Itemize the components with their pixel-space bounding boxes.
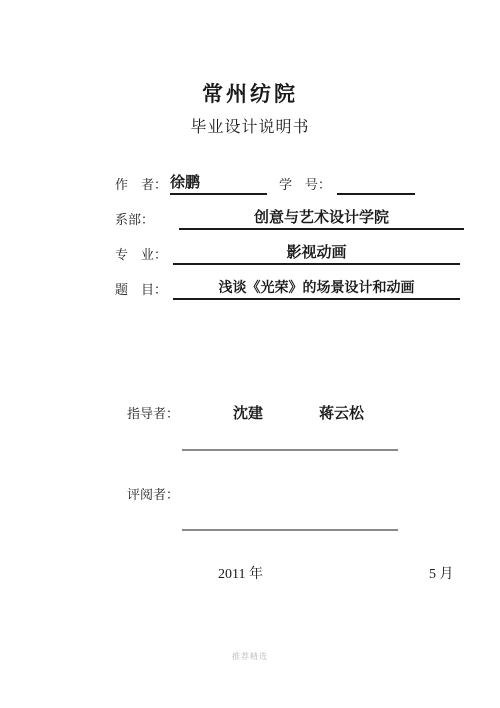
- reviewer-signature-line: [182, 529, 398, 531]
- department-label: 系部：: [115, 210, 154, 230]
- date-month: 5 月: [429, 563, 454, 583]
- document-title: 毕业设计说明书: [0, 114, 500, 137]
- topic-value-field: 浅谈《光荣》的场景设计和动画: [173, 279, 460, 300]
- school-title: 常州纺院: [0, 78, 500, 108]
- department-value-field: 创意与艺术设计学院: [179, 209, 464, 230]
- author-row: 作 者： 徐鹏 学 号：: [115, 174, 415, 195]
- major-value-field: 影视动画: [173, 244, 460, 265]
- topic-row: 题 目： 浅谈《光荣》的场景设计和动画: [115, 279, 460, 300]
- date-year: 2011 年: [218, 563, 263, 583]
- advisor-label: 指导者：: [127, 403, 179, 422]
- topic-label: 题 目：: [115, 280, 167, 300]
- author-label: 作 者：: [115, 175, 167, 195]
- major-label: 专 业：: [115, 245, 167, 265]
- footer-watermark: 推荐精选: [0, 651, 500, 662]
- student-id-label: 学 号：: [279, 175, 331, 195]
- major-row: 专 业： 影视动画: [115, 244, 460, 265]
- reviewer-label: 评阅者：: [127, 484, 179, 503]
- advisor-name-1: 沈建: [233, 402, 263, 423]
- advisor-name-2: 蒋云松: [319, 402, 364, 423]
- department-row: 系部： 创意与艺术设计学院: [115, 209, 464, 230]
- author-value-field: 徐鹏: [170, 174, 267, 195]
- advisor-signature-line: [182, 449, 398, 451]
- thesis-cover-page: 常州纺院 毕业设计说明书 作 者： 徐鹏 学 号： 系部： 创意与艺术设计学院 …: [0, 0, 500, 708]
- student-id-value-field: [337, 174, 415, 195]
